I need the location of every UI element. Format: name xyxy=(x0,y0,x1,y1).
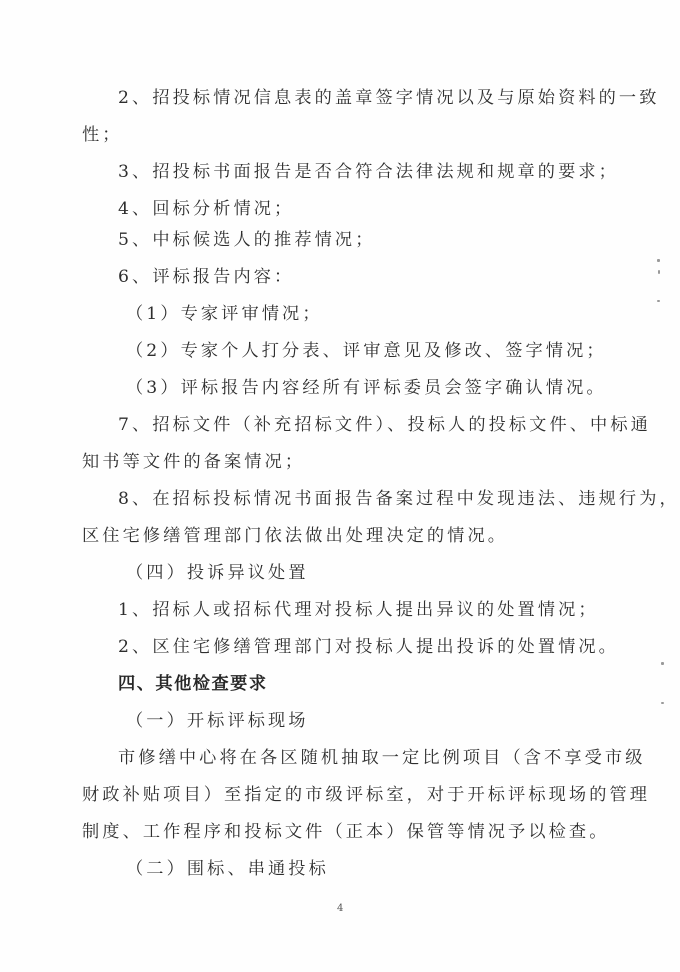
text-line: 市修缮中心将在各区随机抽取一定比例项目（含不享受市级 xyxy=(118,746,638,770)
text-line: 4、回标分析情况； xyxy=(118,197,638,221)
scan-speck xyxy=(658,270,660,274)
text-line: （一）开标评标现场 xyxy=(126,709,646,733)
text-line: 8、在招标投标情况书面报告备案过程中发现违法、违规行为， xyxy=(118,487,638,511)
document-page: 2、招投标情况信息表的盖章签字情况以及与原始资料的一致性；3、招投标书面报告是否… xyxy=(0,0,680,972)
scan-speck xyxy=(657,259,660,262)
text-line: 2、区住宅修缮管理部门对投标人提出投诉的处置情况。 xyxy=(118,635,638,659)
scan-speck xyxy=(657,300,660,302)
text-line: 制度、工作程序和投标文件（正本）保管等情况予以检查。 xyxy=(82,820,602,844)
text-line: 财政补贴项目）至指定的市级评标室，对于开标评标现场的管理 xyxy=(82,783,602,807)
scan-speck xyxy=(661,702,664,704)
text-line: 3、招投标书面报告是否合符合法律法规和规章的要求； xyxy=(118,160,638,184)
text-line: 7、招标文件（补充招标文件）、投标人的投标文件、中标通 xyxy=(118,413,638,437)
text-line: 5、中标候选人的推荐情况； xyxy=(118,228,638,252)
text-line: （二）围标、串通投标 xyxy=(126,857,646,881)
page-number: 4 xyxy=(337,903,343,914)
text-line: 区住宅修缮管理部门依法做出处理决定的情况。 xyxy=(82,524,602,548)
text-line: （3）评标报告内容经所有评标委员会签字确认情况。 xyxy=(126,376,646,400)
text-line: 6、评标报告内容： xyxy=(118,265,638,289)
text-line: 2、招投标情况信息表的盖章签字情况以及与原始资料的一致 xyxy=(118,86,638,110)
text-line: 性； xyxy=(82,123,602,147)
text-line: （1）专家评审情况； xyxy=(126,302,646,326)
text-line: （2）专家个人打分表、评审意见及修改、签字情况； xyxy=(126,339,646,363)
scan-speck xyxy=(661,662,664,665)
text-line: 知书等文件的备案情况； xyxy=(82,450,602,474)
section-heading: 四、其他检查要求 xyxy=(118,672,638,696)
text-line: （四）投诉异议处置 xyxy=(126,561,646,585)
text-line: 1、招标人或招标代理对投标人提出异议的处置情况； xyxy=(118,598,638,622)
